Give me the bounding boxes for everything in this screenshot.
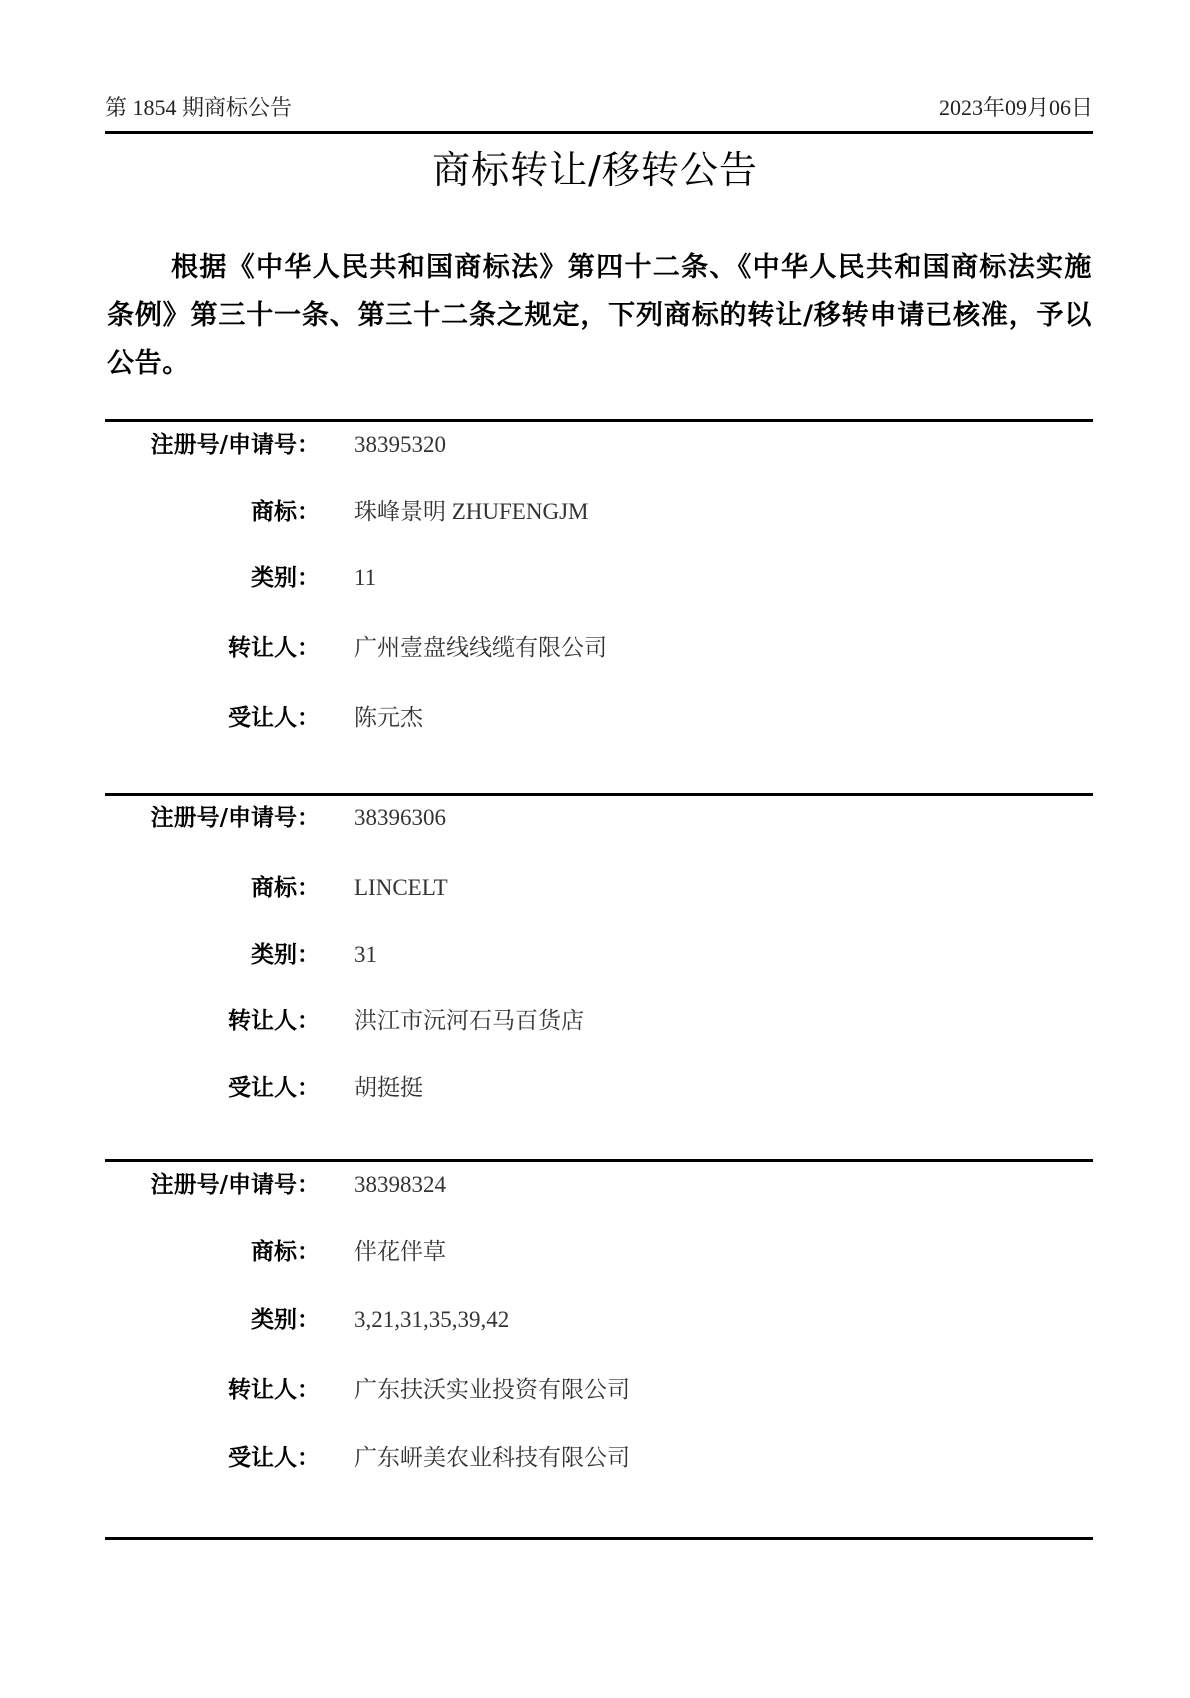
value-transferor: 广东扶沃实业投资有限公司 (354, 1373, 630, 1407)
value-mark: LINCELT (354, 871, 448, 905)
value-class: 31 (354, 938, 377, 972)
publication-date: 2023年09月06日 (939, 94, 1093, 122)
value-transferor: 广州壹盘线线缆有限公司 (354, 631, 607, 665)
value-reg-no: 38398324 (354, 1168, 446, 1202)
label-transferee: 受让人： (228, 1441, 320, 1475)
label-transferor: 转让人： (228, 631, 320, 665)
field-transferee: 受让人： 胡挺挺 (0, 1071, 1190, 1105)
label-transferor: 转让人： (228, 1004, 320, 1038)
field-reg-no: 注册号/申请号： 38395320 (0, 428, 1190, 462)
field-mark: 商标： LINCELT (0, 871, 1190, 905)
field-transferor: 转让人： 广东扶沃实业投资有限公司 (0, 1373, 1190, 1407)
label-reg-no: 注册号/申请号： (151, 428, 320, 462)
label-transferee: 受让人： (228, 1071, 320, 1105)
field-transferee: 受让人： 陈元杰 (0, 701, 1190, 735)
field-transferor: 转让人： 广州壹盘线线缆有限公司 (0, 631, 1190, 665)
value-transferee: 广东岍美农业科技有限公司 (354, 1441, 630, 1475)
value-reg-no: 38395320 (354, 428, 446, 462)
label-reg-no: 注册号/申请号： (151, 801, 320, 835)
label-reg-no: 注册号/申请号： (151, 1168, 320, 1202)
intro-paragraph: 根据《中华人民共和国商标法》第四十二条、《中华人民共和国商标法实施条例》第三十一… (107, 244, 1092, 388)
field-transferor: 转让人： 洪江市沅河石马百货店 (0, 1004, 1190, 1038)
field-class: 类别： 31 (0, 938, 1190, 972)
entry-divider (105, 1537, 1093, 1540)
field-transferee: 受让人： 广东岍美农业科技有限公司 (0, 1441, 1190, 1475)
value-transferee: 陈元杰 (354, 701, 423, 735)
value-class: 3,21,31,35,39,42 (354, 1303, 509, 1337)
field-mark: 商标： 伴花伴草 (0, 1235, 1190, 1269)
label-mark: 商标： (251, 1235, 320, 1269)
value-transferee: 胡挺挺 (354, 1071, 423, 1105)
label-mark: 商标： (251, 871, 320, 905)
value-reg-no: 38396306 (354, 801, 446, 835)
value-transferor: 洪江市沅河石马百货店 (354, 1004, 584, 1038)
issue-number: 第 1854 期商标公告 (105, 94, 292, 122)
page-title: 商标转让/移转公告 (0, 146, 1190, 194)
value-class: 11 (354, 561, 376, 595)
field-reg-no: 注册号/申请号： 38398324 (0, 1168, 1190, 1202)
header-divider (105, 131, 1093, 134)
field-mark: 商标： 珠峰景明 ZHUFENGJM (0, 495, 1190, 529)
value-mark: 珠峰景明 ZHUFENGJM (354, 495, 588, 529)
value-mark: 伴花伴草 (354, 1235, 446, 1269)
entry-divider (105, 1159, 1093, 1162)
field-reg-no: 注册号/申请号： 38396306 (0, 801, 1190, 835)
label-class: 类别： (251, 938, 320, 972)
label-transferee: 受让人： (228, 701, 320, 735)
entry-divider (105, 419, 1093, 422)
label-transferor: 转让人： (228, 1373, 320, 1407)
label-mark: 商标： (251, 495, 320, 529)
entry-divider (105, 793, 1093, 796)
label-class: 类别： (251, 561, 320, 595)
field-class: 类别： 3,21,31,35,39,42 (0, 1303, 1190, 1337)
label-class: 类别： (251, 1303, 320, 1337)
field-class: 类别： 11 (0, 561, 1190, 595)
